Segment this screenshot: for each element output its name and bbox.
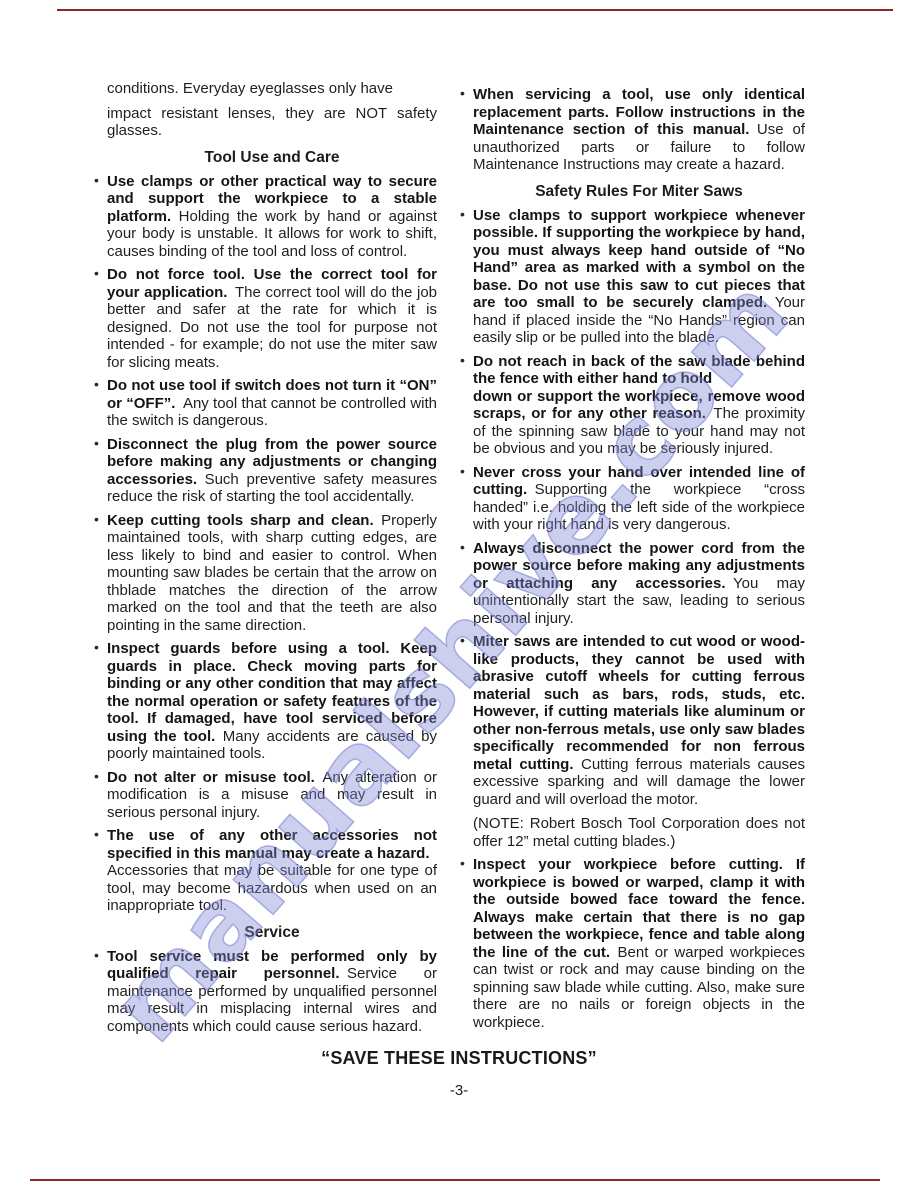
note-paragraph: (NOTE: Robert Bosch Tool Corporation doe… bbox=[473, 815, 805, 850]
bullet-text: Do not force tool. Use the correct tool … bbox=[107, 266, 437, 371]
section-heading: Tool Use and Care bbox=[107, 149, 437, 167]
save-instructions-heading: “SAVE THESE INSTRUCTIONS” bbox=[0, 1048, 918, 1069]
bullet-text: Use clamps or other practical way to sec… bbox=[107, 173, 437, 261]
safety-bullet-item: Keep cutting tools sharp and clean. Prop… bbox=[93, 512, 437, 635]
safety-bullet-item: Do not reach in back of the saw blade be… bbox=[459, 353, 805, 458]
bullet-body: Properly maintained tools, with sharp cu… bbox=[107, 512, 437, 634]
top-rule bbox=[57, 9, 893, 11]
bullet-text: Always disconnect the power cord from th… bbox=[473, 540, 805, 628]
bullet-bold-lead: Miter saws are intended to cut wood or w… bbox=[473, 633, 805, 773]
section-heading: Service bbox=[107, 924, 437, 942]
manual-page: manualshive.com conditions. Everyday eye… bbox=[0, 0, 918, 1188]
safety-bullet-item: Inspect guards before using a tool. Keep… bbox=[93, 640, 437, 763]
safety-bullet-item: Do not force tool. Use the correct tool … bbox=[93, 266, 437, 371]
safety-bullet-item: Use clamps or other practical way to sec… bbox=[93, 173, 437, 261]
bullet-text: Disconnect the plug from the power sourc… bbox=[107, 436, 437, 506]
bullet-text: Miter saws are intended to cut wood or w… bbox=[473, 633, 805, 808]
safety-bullet-item: Do not use tool if switch does not turn … bbox=[93, 377, 437, 430]
bullet-text: Tool service must be performed only by q… bbox=[107, 948, 437, 1036]
page-number: -3- bbox=[0, 1082, 918, 1099]
safety-bullet-item: Miter saws are intended to cut wood or w… bbox=[459, 633, 805, 808]
intro-paragraph: impact resistant lenses, they are NOT sa… bbox=[107, 105, 437, 140]
bullet-text: Keep cutting tools sharp and clean. Prop… bbox=[107, 512, 437, 635]
bullet-text: Do not reach in back of the saw blade be… bbox=[473, 353, 805, 458]
bullet-bold-lead: The use of any other accessories not spe… bbox=[107, 827, 437, 862]
page-footer: “SAVE THESE INSTRUCTIONS” -3- bbox=[0, 1048, 918, 1099]
safety-bullet-item: Use clamps to support workpiece whenever… bbox=[459, 207, 805, 347]
bullet-text: Do not use tool if switch does not turn … bbox=[107, 377, 437, 430]
safety-bullet-item: Tool service must be performed only by q… bbox=[93, 948, 437, 1036]
intro-paragraph: conditions. Everyday eyeglasses only hav… bbox=[107, 80, 437, 98]
safety-bullet-item: The use of any other accessories not spe… bbox=[93, 827, 437, 915]
bullet-bold-lead: Use clamps to support workpiece whenever… bbox=[473, 207, 805, 312]
safety-bullet-item: Do not alter or misuse tool. Any alterat… bbox=[93, 769, 437, 822]
bullet-text: Never cross your hand over intended line… bbox=[473, 464, 805, 534]
left-column: conditions. Everyday eyeglasses only hav… bbox=[93, 80, 437, 1035]
safety-bullet-item: Always disconnect the power cord from th… bbox=[459, 540, 805, 628]
safety-bullet-item: Disconnect the plug from the power sourc… bbox=[93, 436, 437, 506]
bullet-text: Inspect guards before using a tool. Keep… bbox=[107, 640, 437, 763]
bullet-bold-lead: Do not alter or misuse tool. bbox=[107, 769, 315, 786]
bullet-text: The use of any other accessories not spe… bbox=[107, 827, 437, 915]
safety-bullet-item: Never cross your hand over intended line… bbox=[459, 464, 805, 534]
safety-bullet-item: When servicing a tool, use only identica… bbox=[459, 86, 805, 174]
safety-bullet-item: Inspect your workpiece before cutting. I… bbox=[459, 856, 805, 1031]
bottom-rule bbox=[30, 1179, 880, 1181]
right-column: When servicing a tool, use only identica… bbox=[459, 80, 805, 1031]
bullet-text: When servicing a tool, use only identica… bbox=[473, 86, 805, 174]
bullet-bold-lead: Keep cutting tools sharp and clean. bbox=[107, 512, 374, 529]
bullet-text: Inspect your workpiece before cutting. I… bbox=[473, 856, 805, 1031]
section-heading: Safety Rules For Miter Saws bbox=[473, 183, 805, 201]
bullet-text: Use clamps to support workpiece whenever… bbox=[473, 207, 805, 347]
bullet-text: Do not alter or misuse tool. Any alterat… bbox=[107, 769, 437, 822]
